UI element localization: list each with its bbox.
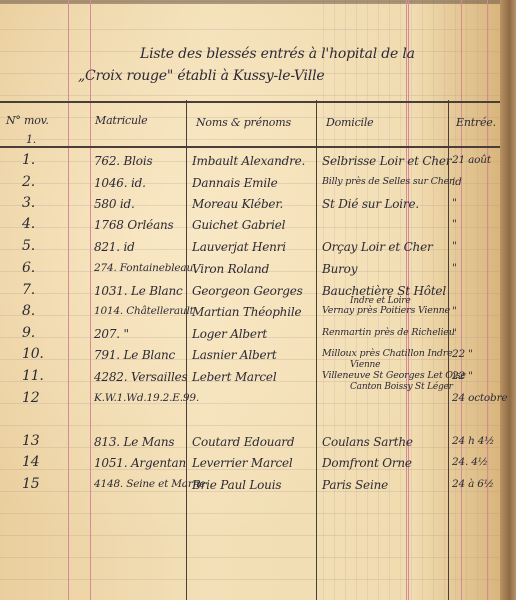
row-matricule: 1031. Le Blanc (94, 284, 183, 298)
row-domicile: Orçay Loir et Cher (322, 240, 433, 254)
row-name: Lauverjat Henri (192, 240, 286, 254)
row-number: 15 (22, 476, 39, 492)
margin-rule (90, 0, 91, 600)
title-line-2: „Croix rouge" établi à Kussy-le-Ville (78, 68, 324, 84)
row-domicile: Buroy (322, 262, 357, 276)
row-entree: 24 à 6½ (452, 478, 494, 490)
row-number: 8. (22, 303, 35, 319)
row-name: Martian Théophile (192, 305, 301, 319)
row-domicile: Paris Seine (322, 478, 388, 492)
row-name: Loger Albert (192, 327, 267, 341)
row-matricule: K.W.1.Wd.19.2.E.99. (94, 392, 199, 404)
row-name: Brie Paul Louis (192, 478, 281, 492)
row-name: Viron Roland (192, 262, 269, 276)
row-number: 1. (22, 152, 35, 168)
row-domicile: Villeneuve St Georges Let Oise (322, 370, 466, 381)
row-matricule: 207. " (94, 327, 129, 341)
row-number: 3. (22, 195, 35, 211)
row-name: Leverrier Marcel (192, 456, 293, 470)
register-page: Liste des blessés entrés à l'hopital de … (0, 0, 516, 600)
row-entree: " (452, 262, 457, 274)
row-domicile: Milloux près Chatillon Indre (322, 348, 453, 359)
row-number: 5. (22, 238, 35, 254)
row-number: 14 (22, 454, 39, 470)
row-matricule: 821. id (94, 240, 135, 254)
row-name: Lasnier Albert (192, 348, 277, 362)
row-name: Lebert Marcel (192, 370, 276, 384)
top-edge (0, 0, 516, 4)
row-domicile: Coulans Sarthe (322, 435, 413, 449)
row-name: Dannais Emile (192, 176, 278, 190)
row-number: 9. (22, 325, 35, 341)
row-number: 2. (22, 174, 35, 190)
row-entree: " (452, 305, 457, 317)
row-number: 6. (22, 260, 35, 276)
row-domicile: St Dié sur Loire. (322, 197, 419, 211)
row-name: Imbault Alexandre. (192, 154, 305, 168)
row-matricule: 4282. Versailles (94, 370, 187, 384)
row-entree: 24 octobre (452, 392, 507, 404)
row-entree: " (452, 197, 457, 209)
page-edge (500, 0, 516, 600)
row-entree: " (452, 327, 457, 339)
row-matricule: 274. Fontainebleau (94, 262, 193, 274)
row-domicile: Billy près de Selles sur Cher (322, 176, 453, 187)
column-rule (186, 100, 187, 600)
row-entree: 24 h 4½ (452, 435, 494, 447)
row-number: 13 (22, 433, 39, 449)
row-name: Coutard Edouard (192, 435, 294, 449)
row-entree: id (452, 176, 462, 188)
row-matricule: 813. Le Mans (94, 435, 174, 449)
row-number: 10. (22, 346, 44, 362)
row-entree: 22 " (452, 348, 473, 360)
row-domicile-note: Canton Boissy St Léger (350, 382, 453, 392)
row-name: Guichet Gabriel (192, 218, 285, 232)
margin-rule (487, 0, 488, 600)
row-matricule: 762. Blois (94, 154, 152, 168)
row-matricule: 1051. Argentan (94, 456, 186, 470)
row-domicile-note: Vienne (350, 360, 380, 370)
header-entree: Entrée. (456, 116, 496, 129)
row-domicile: Selbrisse Loir et Cher (322, 154, 451, 168)
row-number: 7. (22, 282, 35, 298)
row-number: 4. (22, 216, 35, 232)
row-matricule: 1014. Châtellerault (94, 305, 194, 317)
margin-rule (68, 0, 69, 600)
row-domicile: Domfront Orne (322, 456, 412, 470)
row-domicile: Renmartin près de Richelieu (322, 327, 455, 338)
row-entree: 21 août (452, 154, 491, 166)
header-domicile: Domicile (326, 116, 374, 129)
header-no: N° mov. (6, 114, 49, 127)
row-number: 11. (22, 368, 44, 384)
title-line-1: Liste des blessés entrés à l'hopital de … (140, 46, 415, 62)
row-entree: " (452, 218, 457, 230)
header-matricule: Matricule (95, 114, 148, 127)
row-name: Moreau Kléber. (192, 197, 283, 211)
row-number: 12 (22, 390, 39, 406)
column-rule (316, 100, 317, 600)
row-matricule: 1046. id. (94, 176, 146, 190)
header-noms: Noms & prénoms (196, 116, 291, 129)
row-entree: " (452, 240, 457, 252)
header-no-sub: 1. (26, 133, 36, 146)
header-bottom-rule (0, 146, 500, 148)
row-entree: 22 " (452, 370, 473, 382)
row-name: Georgeon Georges (192, 284, 303, 298)
row-matricule: 4148. Seine et Marne (94, 478, 205, 490)
row-domicile: Vernay près Poitiers Vienne (322, 305, 450, 316)
row-entree: 24. 4½ (452, 456, 488, 468)
row-matricule: 791. Le Blanc (94, 348, 175, 362)
margin-rule (461, 0, 462, 600)
row-matricule: 1768 Orléans (94, 218, 174, 232)
header-top-rule (0, 101, 500, 103)
row-matricule: 580 id. (94, 197, 135, 211)
